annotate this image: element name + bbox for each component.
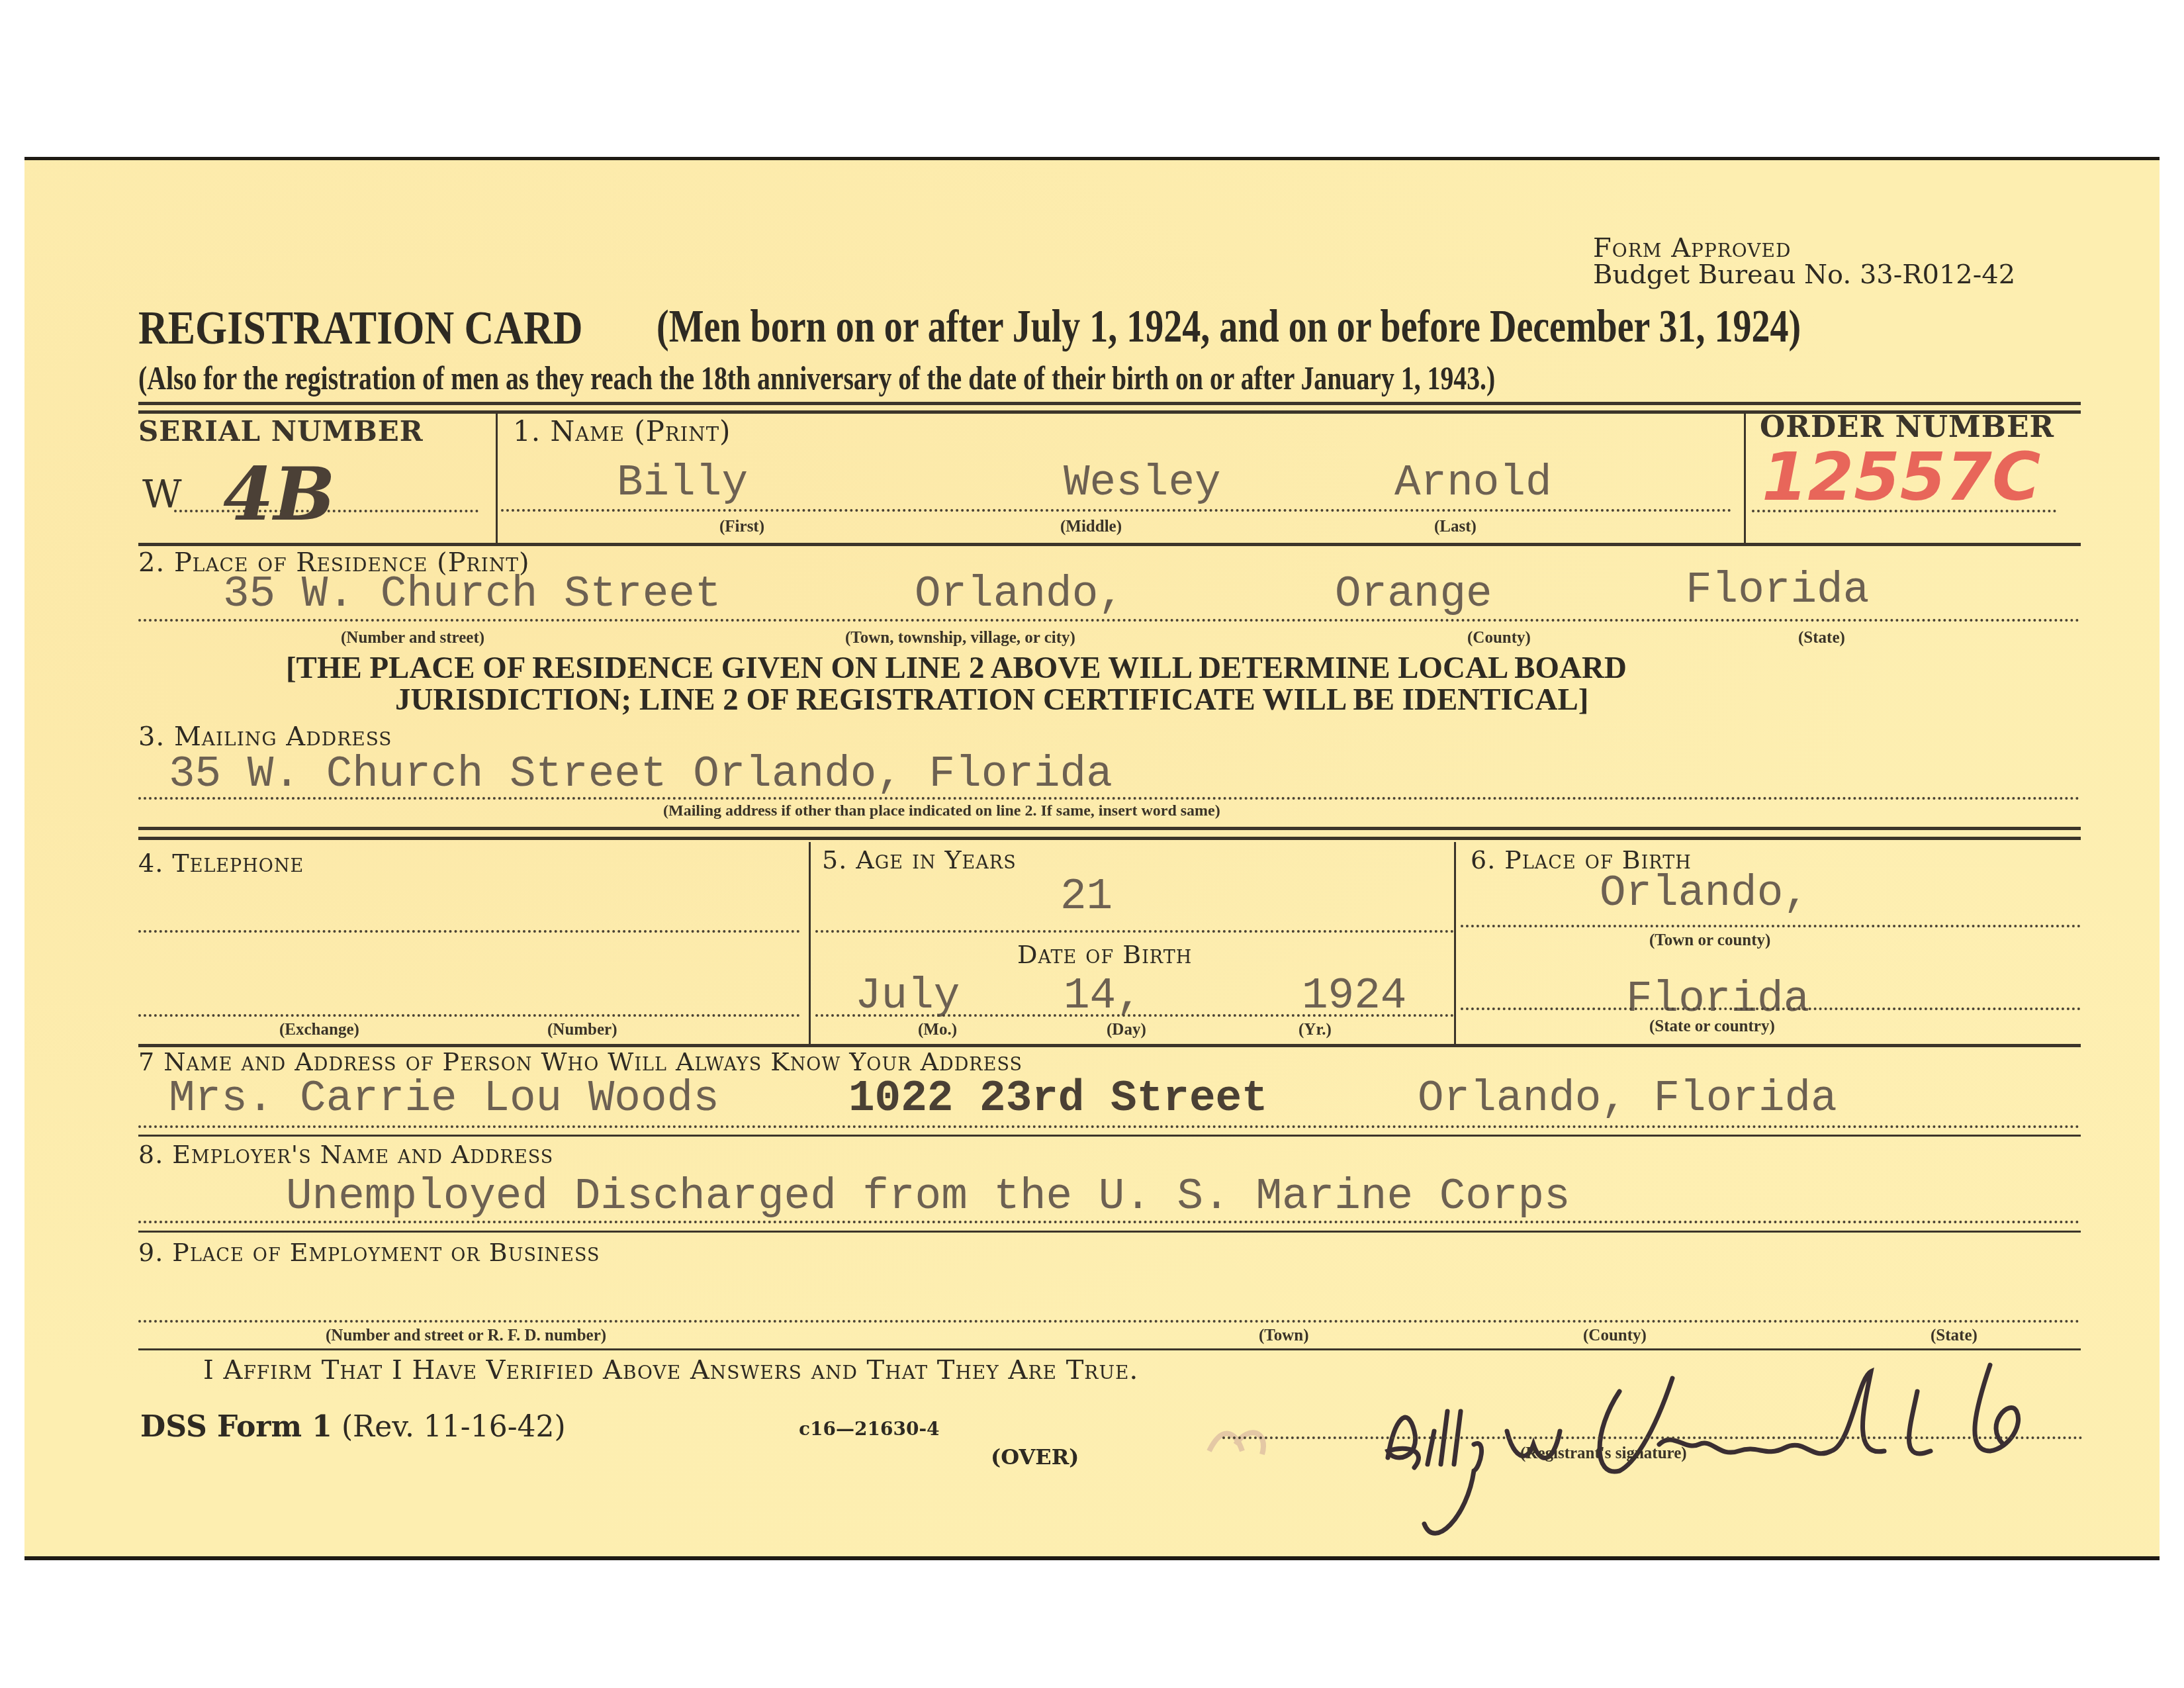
county-hint: (County) [1467, 629, 1531, 647]
employment-state-hint: (State) [1931, 1327, 1978, 1345]
subtitle-note: (Also for the registration of men as the… [138, 359, 1495, 397]
contact-address-field[interactable]: 1022 23rd Street [848, 1074, 1268, 1123]
over-note: (OVER) [991, 1444, 1079, 1470]
order-number-value[interactable]: 12557C [1762, 438, 2040, 516]
age-label: 5. Age in Years [822, 845, 1017, 874]
year-hint: (Yr.) [1298, 1021, 1332, 1039]
affirmation-text: I Affirm That I Have Verified Above Answ… [203, 1355, 1138, 1385]
last-name-field[interactable]: Arnold [1394, 458, 1552, 508]
employer-field[interactable]: Unemployed Discharged from the U. S. Mar… [286, 1172, 1570, 1221]
number-hint: (Number) [547, 1021, 617, 1039]
birthplace-state-field[interactable]: Florida [1626, 974, 1809, 1024]
residence-street-field[interactable]: 35 W. Church Street [223, 569, 721, 619]
age-field[interactable]: 21 [1060, 872, 1113, 921]
birthplace-town-hint: (Town or county) [1649, 931, 1770, 950]
last-hint: (Last) [1434, 518, 1477, 536]
state-hint: (State) [1798, 629, 1845, 647]
middle-name-field[interactable]: Wesley [1064, 458, 1221, 508]
first-hint: (First) [719, 518, 764, 536]
serial-number-value[interactable]: 4B [223, 451, 336, 537]
mailing-label: 3. Mailing Address [138, 722, 392, 752]
residence-town-field[interactable]: Orlando, [915, 569, 1124, 619]
residence-county-field[interactable]: Orange [1335, 569, 1492, 619]
employment-county-hint: (County) [1583, 1327, 1647, 1345]
card-title: REGISTRATION CARD [138, 301, 582, 355]
serial-number-label: SERIAL NUMBER [138, 415, 424, 447]
form-id: DSS Form 1 (Rev. 11-16-42) [140, 1410, 566, 1444]
residence-state-field[interactable]: Florida [1686, 565, 1869, 615]
street-hint: (Number and street) [341, 629, 484, 647]
eligibility-note: (Men born on or after July 1, 1924, and … [657, 301, 1801, 353]
employer-label: 8. Employer's Name and Address [138, 1140, 553, 1169]
first-name-field[interactable]: Billy [617, 458, 748, 508]
birth-day-field[interactable]: 14, [1064, 971, 1142, 1021]
contact-label: 7 Name and Address of Person Who Will Al… [138, 1047, 1023, 1076]
birth-year-field[interactable]: 1924 [1302, 971, 1406, 1021]
birthplace-state-hint: (State or country) [1649, 1017, 1775, 1036]
employment-street-hint: (Number and street or R. F. D. number) [326, 1327, 606, 1345]
name-label: 1. Name (Print) [513, 415, 731, 447]
day-hint: (Day) [1107, 1021, 1146, 1039]
signature-hint: (Registrant's signature) [1520, 1444, 1687, 1463]
form-revision: (Rev. 11-16-42) [341, 1410, 566, 1444]
telephone-label: 4. Telephone [138, 849, 304, 878]
jurisdiction-notice-1: [THE PLACE OF RESIDENCE GIVEN ON LINE 2 … [286, 650, 1627, 685]
employment-place-label: 9. Place of Employment or Business [138, 1238, 600, 1267]
contact-name-field[interactable]: Mrs. Carrie Lou Woods [169, 1074, 719, 1123]
budget-bureau-number: Budget Bureau No. 33-R012-42 [1593, 259, 2015, 290]
town-hint: (Town, township, village, or city) [845, 629, 1075, 647]
mailing-hint: (Mailing address if other than place ind… [663, 802, 1220, 820]
jurisdiction-notice-2: JURISDICTION; LINE 2 OF REGISTRATION CER… [395, 682, 1588, 717]
employment-town-hint: (Town) [1259, 1327, 1309, 1345]
registration-card: Form Approved Budget Bureau No. 33-R012-… [24, 157, 2160, 1560]
date-of-birth-label: Date of Birth [1017, 940, 1192, 969]
middle-hint: (Middle) [1060, 518, 1122, 536]
contact-city-field[interactable]: Orlando, Florida [1418, 1074, 1837, 1123]
print-code: c16—21630-4 [799, 1418, 940, 1440]
month-hint: (Mo.) [918, 1021, 957, 1039]
birthplace-town-field[interactable]: Orlando, [1600, 868, 1809, 918]
exchange-hint: (Exchange) [279, 1021, 359, 1039]
birth-month-field[interactable]: July [855, 971, 960, 1021]
mailing-address-field[interactable]: 35 W. Church Street Orlando, Florida [169, 749, 1113, 799]
form-id-label: DSS Form 1 [140, 1410, 332, 1444]
